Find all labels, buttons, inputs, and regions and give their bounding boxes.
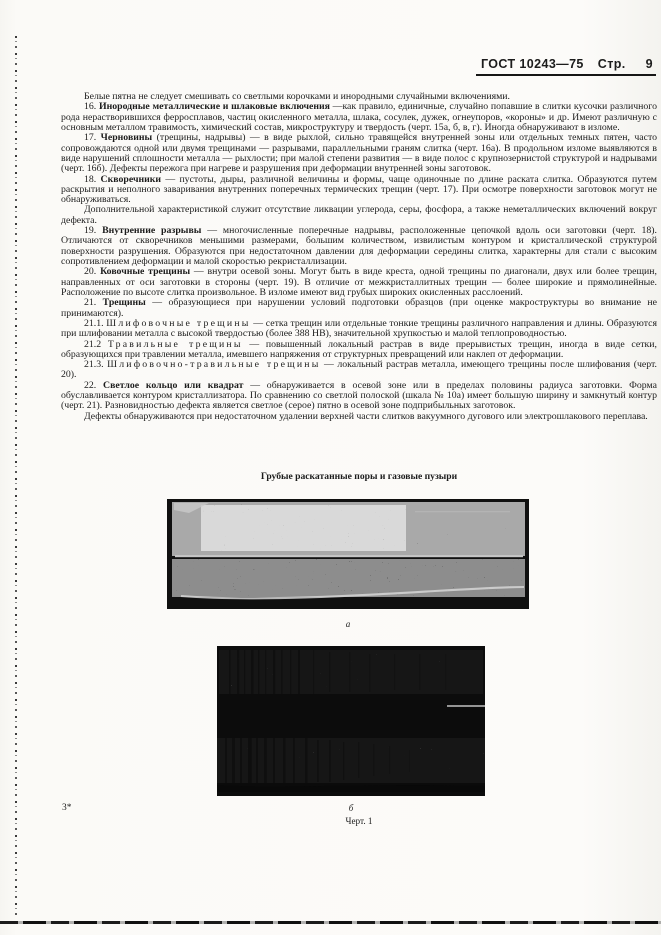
text-run: — образующиеся при нарушении условий под…	[61, 297, 657, 318]
page-number: 9	[646, 57, 653, 71]
text-run: Дополнительной характеристикой служит от…	[61, 204, 657, 225]
paragraph: Дефекты обнаруживаются при недостаточном…	[61, 412, 657, 422]
paragraph: 21.1. Шлифовочные трещины — сетка трещин…	[61, 319, 657, 340]
standard-number: ГОСТ 10243—75	[481, 57, 584, 71]
paragraph: 20. Ковочные трещины — внутри осевой зон…	[61, 267, 657, 298]
term-spaced: Шлифовочно-травильные трещины	[107, 359, 320, 370]
paragraph: 19. Внутренние разрывы — многочисленные …	[61, 226, 657, 267]
figure-photo-b	[217, 646, 485, 796]
scan-artifact-left-line	[15, 36, 17, 916]
text-run: 21.3.	[84, 359, 107, 370]
paragraph: 21.3. Шлифовочно-травильные трещины — ло…	[61, 360, 657, 381]
figure-heading: Грубые раскатанные поры и газовые пузыри	[61, 471, 657, 482]
body-text: Белые пятна не следует смешивать со свет…	[61, 92, 657, 422]
signature-mark: 3*	[62, 803, 72, 813]
text-run: Дефекты обнаруживаются при недостаточном…	[84, 411, 648, 422]
paragraph: 17. Черновины (трещины, надрывы) — в вид…	[61, 133, 657, 174]
figure-photo-a	[167, 499, 529, 609]
paragraph: Дополнительной характеристикой служит от…	[61, 205, 657, 226]
figure-label-b: б	[217, 803, 485, 813]
paragraph: 18. Скворечники — пустоты, дыры, различн…	[61, 175, 657, 206]
scanned-page: ГОСТ 10243—75Стр.9 Белые пятна не следуе…	[0, 0, 661, 935]
figure-caption: Черт. 1	[61, 816, 657, 826]
paragraph: 16. Инородные металлические и шлаковые в…	[61, 102, 657, 133]
page-header: ГОСТ 10243—75Стр.9	[476, 57, 656, 76]
paragraph: 22. Светлое кольцо или квадрат — обнаруж…	[61, 381, 657, 412]
page-word: Стр.	[598, 57, 626, 71]
figure-label-a: а	[167, 619, 529, 629]
paragraph: 21.2 Травильные трещины — повышенный лок…	[61, 340, 657, 361]
scan-artifact-bottom-line	[0, 921, 661, 924]
paragraph: 21. Трещины — образующиеся при нарушении…	[61, 298, 657, 319]
